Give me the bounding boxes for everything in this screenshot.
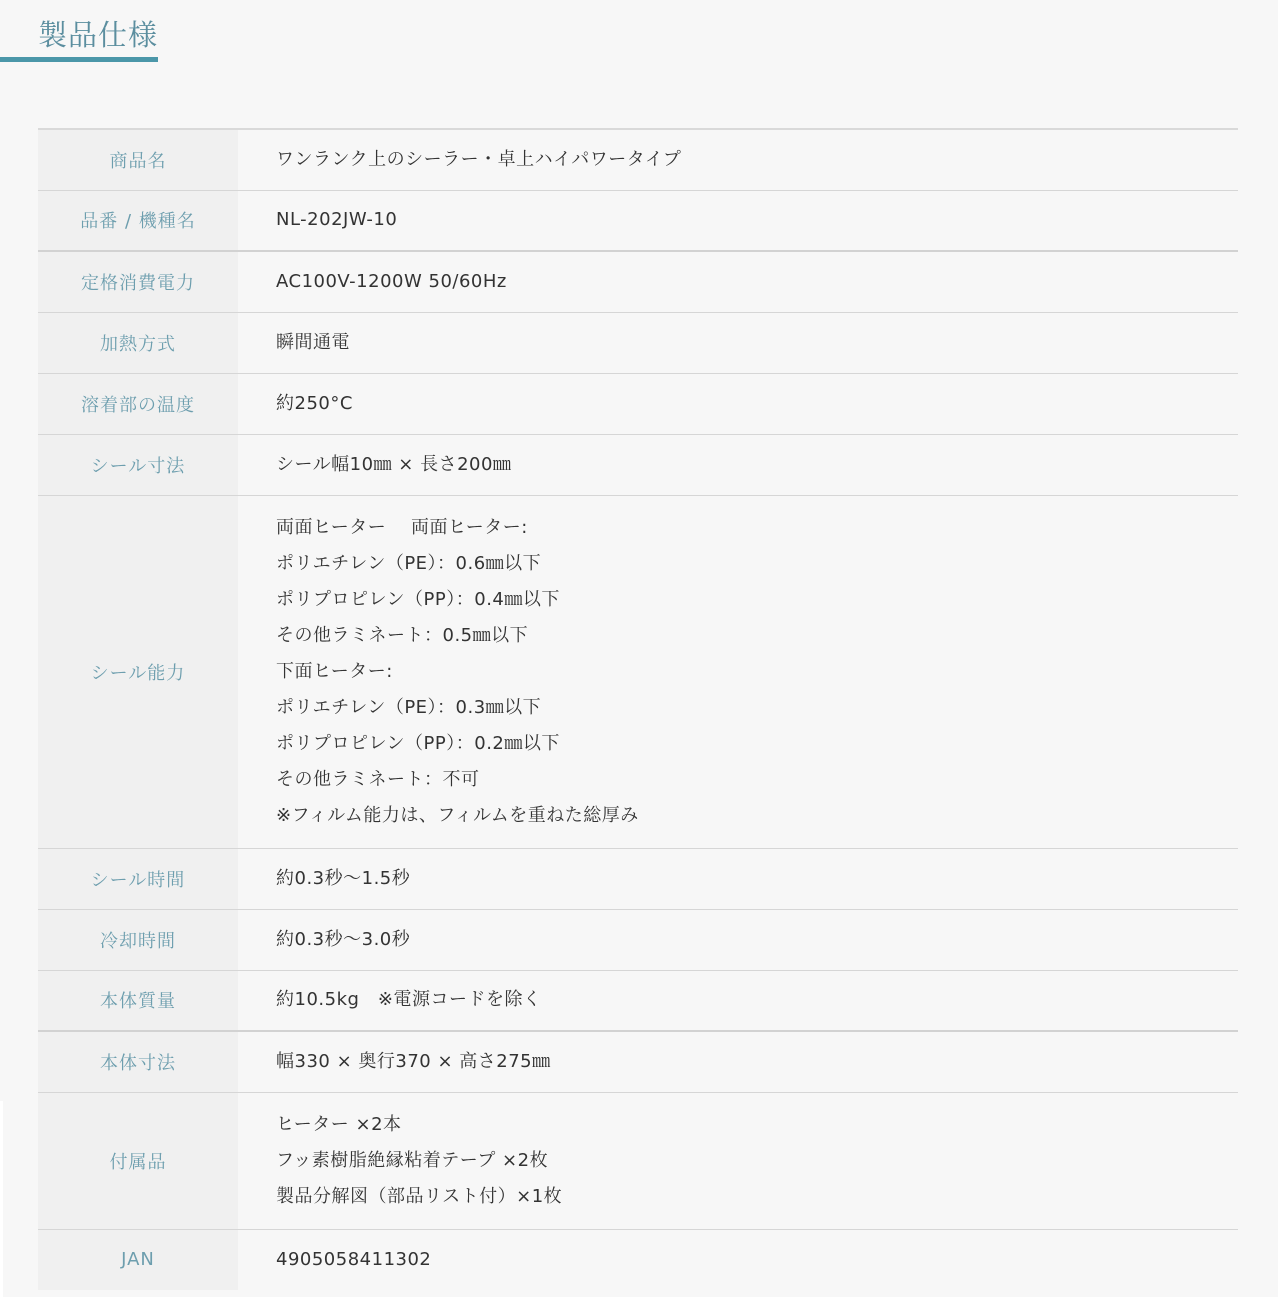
spec-row-seal-time: シール時間 約0.3秒～1.5秒 — [38, 848, 1238, 909]
spec-label: 付属品 — [38, 1092, 238, 1229]
spec-value: AC100V-1200W 50/60Hz — [238, 251, 1238, 312]
spec-value-line: 約0.3秒～3.0秒 — [276, 922, 1238, 958]
spec-row-accessories: 付属品 ヒーター ×2本 フッ素樹脂絶縁粘着テープ ×2枚 製品分解図（部品リス… — [38, 1092, 1238, 1229]
page-edge — [0, 1101, 3, 1302]
spec-value-line: 製品分解図（部品リスト付）×1枚 — [276, 1179, 1238, 1215]
spec-value-line: その他ラミネート：不可 — [276, 762, 1238, 798]
section-title: 製品仕様 — [38, 17, 158, 53]
spec-value: 約0.3秒～3.0秒 — [238, 909, 1238, 970]
spec-row-model-number: 品番 / 機種名 NL-202JW-10 — [38, 190, 1238, 251]
spec-row-cooling-time: 冷却時間 約0.3秒～3.0秒 — [38, 909, 1238, 970]
spec-value-line: 幅330 × 奥行370 × 高さ275㎜ — [276, 1044, 1238, 1080]
spec-value: ヒーター ×2本 フッ素樹脂絶縁粘着テープ ×2枚 製品分解図（部品リスト付）×… — [238, 1092, 1238, 1229]
spec-value: 約10.5kg ※電源コードを除く — [238, 970, 1238, 1031]
spec-value-line: ポリプロピレン（PP）：0.2㎜以下 — [276, 726, 1238, 762]
spec-value-line: その他ラミネート：0.5㎜以下 — [276, 618, 1238, 654]
spec-value: 約250°C — [238, 373, 1238, 434]
spec-row-heating-method: 加熱方式 瞬間通電 — [38, 312, 1238, 373]
spec-value-line: ワンランク上のシーラー・卓上ハイパワータイプ — [276, 142, 1238, 178]
spec-label: シール能力 — [38, 495, 238, 848]
spec-label: 本体質量 — [38, 970, 238, 1031]
spec-value-line: ポリプロピレン（PP）：0.4㎜以下 — [276, 582, 1238, 618]
spec-value: NL-202JW-10 — [238, 190, 1238, 251]
spec-label: 本体寸法 — [38, 1031, 238, 1092]
spec-label: 溶着部の温度 — [38, 373, 238, 434]
spec-value-line: ヒーター ×2本 — [276, 1107, 1238, 1143]
spec-row-seal-capacity: シール能力 両面ヒーター 両面ヒーター: ポリエチレン（PE）：0.6㎜以下 ポ… — [38, 495, 1238, 848]
spec-value: 約0.3秒～1.5秒 — [238, 848, 1238, 909]
spec-row-weight: 本体質量 約10.5kg ※電源コードを除く — [38, 970, 1238, 1031]
spec-row-jan: JAN 4905058411302 — [38, 1229, 1238, 1290]
page-edge — [0, 1297, 1278, 1302]
spec-value-line: 約10.5kg ※電源コードを除く — [276, 982, 1238, 1018]
spec-value: 瞬間通電 — [238, 312, 1238, 373]
spec-label: JAN — [38, 1229, 238, 1290]
title-underline — [0, 57, 158, 62]
spec-value-line: シール幅10㎜ × 長さ200㎜ — [276, 447, 1238, 483]
spec-value-line: ポリエチレン（PE）：0.3㎜以下 — [276, 690, 1238, 726]
spec-row-weld-temperature: 溶着部の温度 約250°C — [38, 373, 1238, 434]
spec-value-line: ポリエチレン（PE）：0.6㎜以下 — [276, 546, 1238, 582]
spec-value: シール幅10㎜ × 長さ200㎜ — [238, 434, 1238, 495]
spec-label: 品番 / 機種名 — [38, 190, 238, 251]
spec-value-line: ※フィルム能力は、フィルムを重ねた総厚み — [276, 798, 1238, 834]
spec-value-line: NL-202JW-10 — [276, 202, 1238, 238]
spec-value-line: フッ素樹脂絶縁粘着テープ ×2枚 — [276, 1143, 1238, 1179]
spec-value: 幅330 × 奥行370 × 高さ275㎜ — [238, 1031, 1238, 1092]
spec-value-line: 約0.3秒～1.5秒 — [276, 861, 1238, 897]
spec-value: ワンランク上のシーラー・卓上ハイパワータイプ — [238, 129, 1238, 190]
spec-row-dimensions: 本体寸法 幅330 × 奥行370 × 高さ275㎜ — [38, 1031, 1238, 1092]
spec-value-line: 瞬間通電 — [276, 325, 1238, 361]
spec-value-line: 両面ヒーター 両面ヒーター: — [276, 510, 1238, 546]
spec-row-seal-size: シール寸法 シール幅10㎜ × 長さ200㎜ — [38, 434, 1238, 495]
spec-value: 両面ヒーター 両面ヒーター: ポリエチレン（PE）：0.6㎜以下 ポリプロピレン… — [238, 495, 1238, 848]
section-header: 製品仕様 — [0, 0, 158, 62]
spec-value-line: 約250°C — [276, 386, 1238, 422]
spec-label: シール寸法 — [38, 434, 238, 495]
spec-value: 4905058411302 — [238, 1229, 1238, 1290]
spec-label: 加熱方式 — [38, 312, 238, 373]
spec-value-line: 4905058411302 — [276, 1242, 1238, 1278]
spec-table: 商品名 ワンランク上のシーラー・卓上ハイパワータイプ 品番 / 機種名 NL-2… — [38, 128, 1238, 1290]
spec-value-line: AC100V-1200W 50/60Hz — [276, 264, 1238, 300]
spec-label: シール時間 — [38, 848, 238, 909]
spec-label: 商品名 — [38, 129, 238, 190]
spec-value-line: 下面ヒーター: — [276, 654, 1238, 690]
spec-label: 定格消費電力 — [38, 251, 238, 312]
spec-row-product-name: 商品名 ワンランク上のシーラー・卓上ハイパワータイプ — [38, 129, 1238, 190]
spec-row-rated-power: 定格消費電力 AC100V-1200W 50/60Hz — [38, 251, 1238, 312]
spec-label: 冷却時間 — [38, 909, 238, 970]
